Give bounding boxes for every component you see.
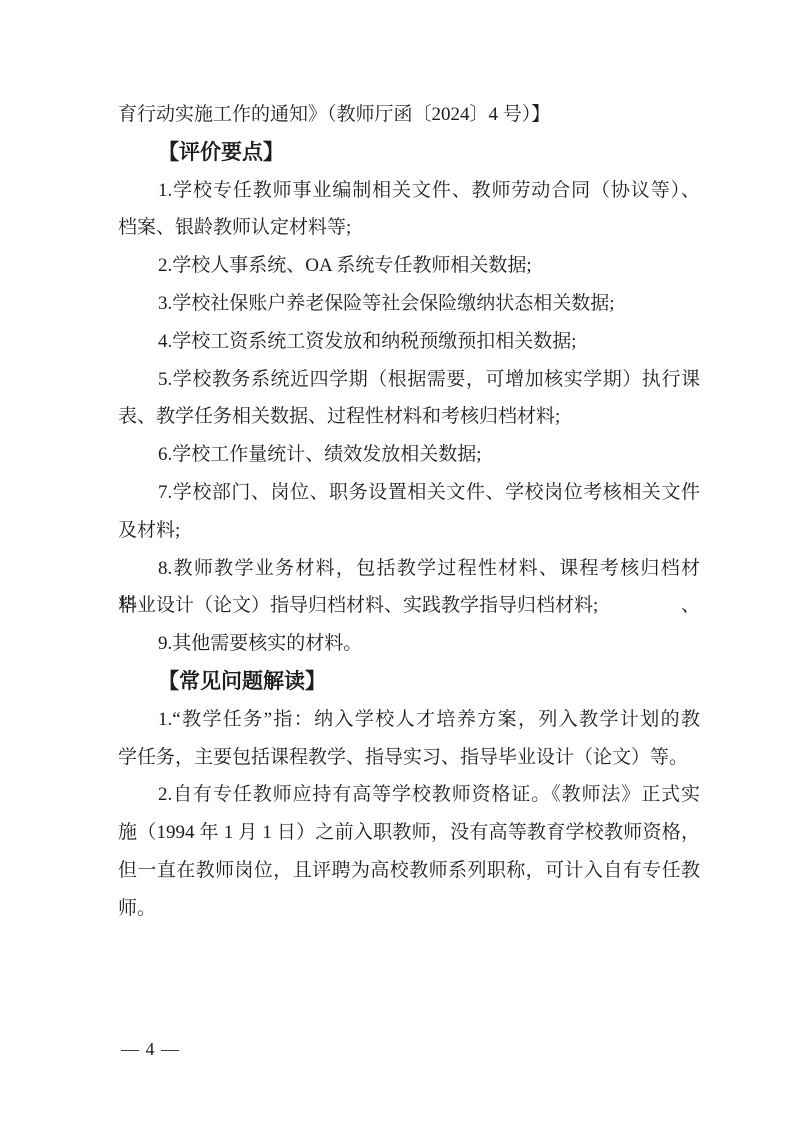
- heading-faq: 【常见问题解读】: [118, 663, 700, 701]
- text-line: 8.教师教学业务材料，包括教学过程性材料、课程考核归档材料、: [118, 550, 700, 588]
- text-line: 5.学校教务系统近四学期（根据需要，可增加核实学期）执行课: [118, 361, 700, 399]
- text-line: 档案、银龄教师认定材料等;: [118, 209, 700, 247]
- document-page: 育行动实施工作的通知》（教师厅函〔2024〕4 号）】 【评价要点】 1.学校专…: [0, 0, 793, 1122]
- page-number: — 4 —: [121, 1038, 180, 1060]
- document-body: 育行动实施工作的通知》（教师厅函〔2024〕4 号）】 【评价要点】 1.学校专…: [118, 96, 700, 928]
- text-line: 2.学校人事系统、OA 系统专任教师相关数据;: [118, 247, 700, 285]
- text-line: 6.学校工作量统计、绩效发放相关数据;: [118, 436, 700, 474]
- text-line: 学任务，主要包括课程教学、指导实习、指导毕业设计（论文）等。: [118, 739, 700, 777]
- heading-evaluation-points: 【评价要点】: [118, 134, 700, 172]
- text-line: 育行动实施工作的通知》（教师厅函〔2024〕4 号）】: [118, 96, 700, 134]
- text-line: 2.自有专任教师应持有高等学校教师资格证。《教师法》正式实: [118, 776, 700, 814]
- text-line: 3.学校社保账户养老保险等社会保险缴纳状态相关数据;: [118, 285, 700, 323]
- text-line: 1.学校专任教师事业编制相关文件、教师劳动合同（协议等）、: [118, 172, 700, 210]
- text-line: 9.其他需要核实的材料。: [118, 625, 700, 663]
- text-line: 及材料;: [118, 512, 700, 550]
- text-line: 但一直在教师岗位，且评聘为高校教师系列职称，可计入自有专任教: [118, 852, 700, 890]
- text-line: 7.学校部门、岗位、职务设置相关文件、学校岗位考核相关文件: [118, 474, 700, 512]
- text-line: 4.学校工资系统工资发放和纳税预缴预扣相关数据;: [118, 323, 700, 361]
- text-line: 师。: [118, 890, 700, 928]
- text-line: 1.“教学任务”指：纳入学校人才培养方案，列入教学计划的教: [118, 701, 700, 739]
- text-line: 表、教学任务相关数据、过程性材料和考核归档材料;: [118, 398, 700, 436]
- text-line: 施（1994 年 1 月 1 日）之前入职教师，没有高等教育学校教师资格，: [118, 814, 700, 852]
